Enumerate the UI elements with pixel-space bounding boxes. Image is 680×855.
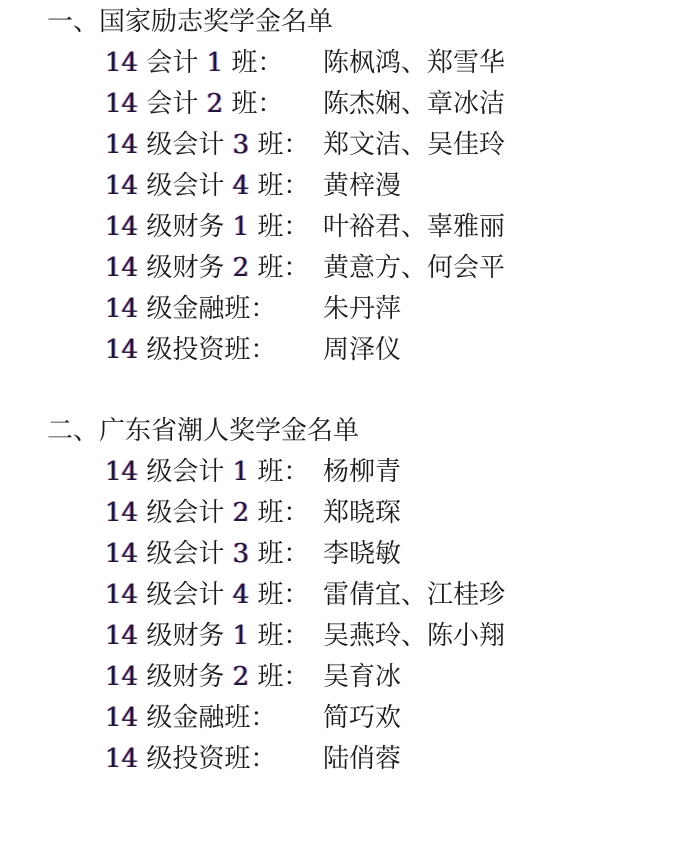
entry-row: 14 级财务 1 班： 吴燕玲、陈小翔 <box>0 616 680 657</box>
student-names: 周泽仪 <box>323 330 680 371</box>
student-names: 吴燕玲、陈小翔 <box>323 616 680 657</box>
entry-row: 14 级会计 3 班： 郑文洁、吴佳玲 <box>0 125 680 166</box>
class-label: 14 级会计 3 班： <box>105 125 323 166</box>
class-label: 14 会计 1 班： <box>105 43 323 84</box>
scholarship-section-chaoren: 二、广东省潮人奖学金名单 14 级会计 1 班： 杨柳青 14 级会计 2 班：… <box>0 411 680 780</box>
student-names: 陈枫鸿、郑雪华 <box>323 43 680 84</box>
entry-row: 14 级会计 4 班： 黄梓漫 <box>0 166 680 207</box>
student-names: 郑文洁、吴佳玲 <box>323 125 680 166</box>
student-names: 黄梓漫 <box>323 166 680 207</box>
class-label: 14 级财务 1 班： <box>105 616 323 657</box>
class-label: 14 级财务 1 班： <box>105 207 323 248</box>
entry-row: 14 级金融班： 朱丹萍 <box>0 289 680 330</box>
student-names: 陆俏蓉 <box>323 739 680 780</box>
class-label: 14 级投资班： <box>105 739 323 780</box>
student-names: 雷倩宜、江桂珍 <box>323 575 680 616</box>
scholarship-section-national: 一、国家励志奖学金名单 14 会计 1 班： 陈枫鸿、郑雪华 14 会计 2 班… <box>0 2 680 371</box>
entry-row: 14 级会计 3 班： 李晓敏 <box>0 534 680 575</box>
class-label: 14 级会计 3 班： <box>105 534 323 575</box>
entry-row: 14 级会计 2 班： 郑晓琛 <box>0 493 680 534</box>
class-label: 14 级财务 2 班： <box>105 657 323 698</box>
student-names: 吴育冰 <box>323 657 680 698</box>
entry-row: 14 会计 1 班： 陈枫鸿、郑雪华 <box>0 43 680 84</box>
class-label: 14 级投资班： <box>105 330 323 371</box>
class-label: 14 级财务 2 班： <box>105 248 323 289</box>
entry-row: 14 级财务 2 班： 黄意方、何会平 <box>0 248 680 289</box>
entry-row: 14 级金融班： 简巧欢 <box>0 698 680 739</box>
class-label: 14 级会计 1 班： <box>105 452 323 493</box>
class-label: 14 级金融班： <box>105 698 323 739</box>
entry-row: 14 级会计 4 班： 雷倩宜、江桂珍 <box>0 575 680 616</box>
student-names: 黄意方、何会平 <box>323 248 680 289</box>
entry-row: 14 级财务 2 班： 吴育冰 <box>0 657 680 698</box>
student-names: 杨柳青 <box>323 452 680 493</box>
class-label: 14 级会计 4 班： <box>105 575 323 616</box>
class-label: 14 级会计 2 班： <box>105 493 323 534</box>
entry-row: 14 级会计 1 班： 杨柳青 <box>0 452 680 493</box>
section-title: 二、广东省潮人奖学金名单 <box>0 411 680 452</box>
student-names: 叶裕君、辜雅丽 <box>323 207 680 248</box>
document-page: 一、国家励志奖学金名单 14 会计 1 班： 陈枫鸿、郑雪华 14 会计 2 班… <box>0 0 680 855</box>
class-label: 14 级金融班： <box>105 289 323 330</box>
student-names: 陈杰娴、章冰洁 <box>323 84 680 125</box>
student-names: 李晓敏 <box>323 534 680 575</box>
entry-row: 14 级财务 1 班： 叶裕君、辜雅丽 <box>0 207 680 248</box>
entry-row: 14 级投资班： 周泽仪 <box>0 330 680 371</box>
entry-row: 14 会计 2 班： 陈杰娴、章冰洁 <box>0 84 680 125</box>
student-names: 郑晓琛 <box>323 493 680 534</box>
section-title: 一、国家励志奖学金名单 <box>0 2 680 43</box>
class-label: 14 级会计 4 班： <box>105 166 323 207</box>
entry-row: 14 级投资班： 陆俏蓉 <box>0 739 680 780</box>
class-label: 14 会计 2 班： <box>105 84 323 125</box>
student-names: 朱丹萍 <box>323 289 680 330</box>
student-names: 简巧欢 <box>323 698 680 739</box>
